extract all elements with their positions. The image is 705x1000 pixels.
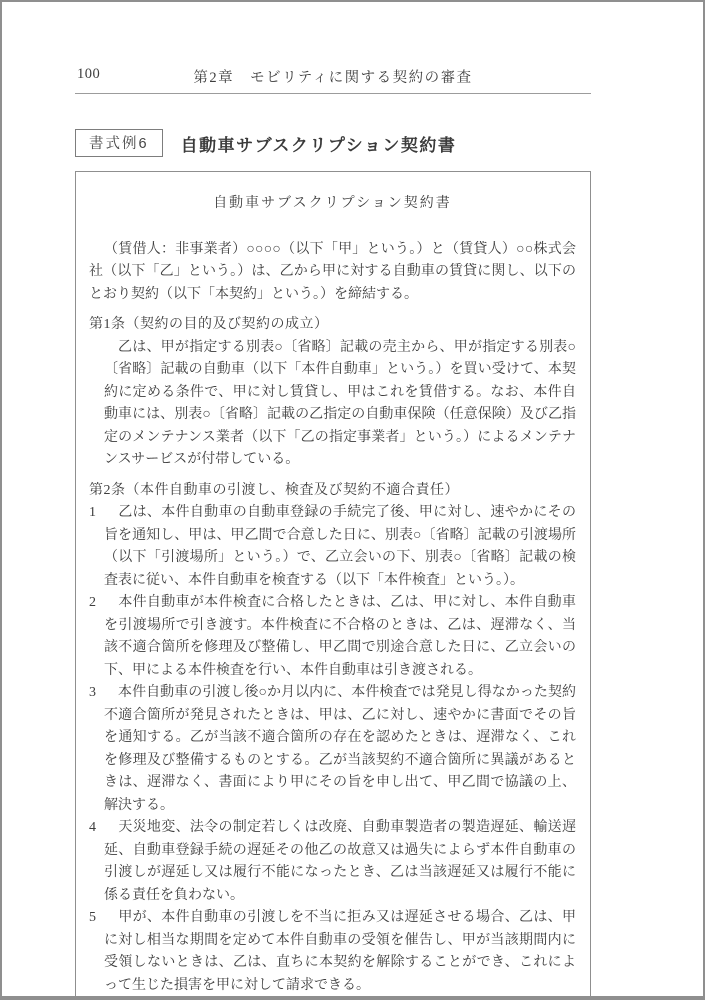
article-2-item-1: 1乙は、本件自動車の自動車登録の手続完了後、甲に対し、速やかにその旨を通知し、甲… [89,502,576,592]
contract-document-box: 自動車サブスクリプション契約書 （賃借人：非事業者）○○○○（以下「甲」という。… [75,171,591,1000]
form-example-caption: 書式例6 自動車サブスクリプション契約書 [75,129,456,157]
article-2: 第2条（本件自動車の引渡し、検査及び契約不適合責任） 1乙は、本件自動車の自動車… [89,480,576,998]
item-text: 本件自動車の引渡し後○か月以内に、本件検査では発見し得なかった契約不適合箇所が発… [104,685,576,813]
contract-preamble: （賃借人：非事業者）○○○○（以下「甲」という。）と（賃貸人）○○株式会社（以下… [89,239,576,307]
item-text: 本件自動車が本件検査に合格したときは、乙は、甲に対し、本件自動車を引渡場所で引き… [104,595,576,678]
item-text: 乙は、本件自動車の自動車登録の手続完了後、甲に対し、速やかにその旨を通知し、甲は… [104,505,576,588]
item-text: 天災地変、法令の制定若しくは改廃、自動車製造者の製造遅延、輸送遅延、自動車登録手… [104,820,576,903]
article-2-item-4: 4天災地変、法令の制定若しくは改廃、自動車製造者の製造遅延、輸送遅延、自動車登録… [89,817,576,907]
item-number: 1 [89,502,118,525]
article-2-item-5: 5甲が、本件自動車の引渡しを不当に拒み又は遅延させる場合、乙は、甲に対し相当な期… [89,907,576,997]
article-2-item-3: 3本件自動車の引渡し後○か月以内に、本件検査では発見し得なかった契約不適合箇所が… [89,682,576,817]
chapter-title: 第2章 モビリティに関する契約の審査 [75,66,591,87]
form-example-title: 自動車サブスクリプション契約書 [181,131,457,156]
article-2-heading: 第2条（本件自動車の引渡し、検査及び契約不適合責任） [89,480,576,503]
running-head: 100 第2章 モビリティに関する契約の審査 [75,66,591,94]
item-text: 甲が、本件自動車の引渡しを不当に拒み又は遅延させる場合、乙は、甲に対し相当な期間… [104,910,576,993]
item-number: 3 [89,682,118,705]
article-1-body: 乙は、甲が指定する別表○〔省略〕記載の売主から、甲が指定する別表○〔省略〕記載の… [89,337,576,472]
article-2-item-2: 2本件自動車が本件検査に合格したときは、乙は、甲に対し、本件自動車を引渡場所で引… [89,592,576,682]
book-page: 100 第2章 モビリティに関する契約の審査 書式例6 自動車サブスクリプション… [0,0,705,1000]
article-1-heading: 第1条（契約の目的及び契約の成立） [89,314,576,337]
article-1: 第1条（契約の目的及び契約の成立） 乙は、甲が指定する別表○〔省略〕記載の売主か… [89,314,576,472]
item-number: 2 [89,592,118,615]
form-example-label: 書式例6 [75,129,163,157]
contract-title: 自動車サブスクリプション契約書 [89,193,576,216]
item-number: 4 [89,817,118,840]
item-number: 5 [89,907,118,930]
